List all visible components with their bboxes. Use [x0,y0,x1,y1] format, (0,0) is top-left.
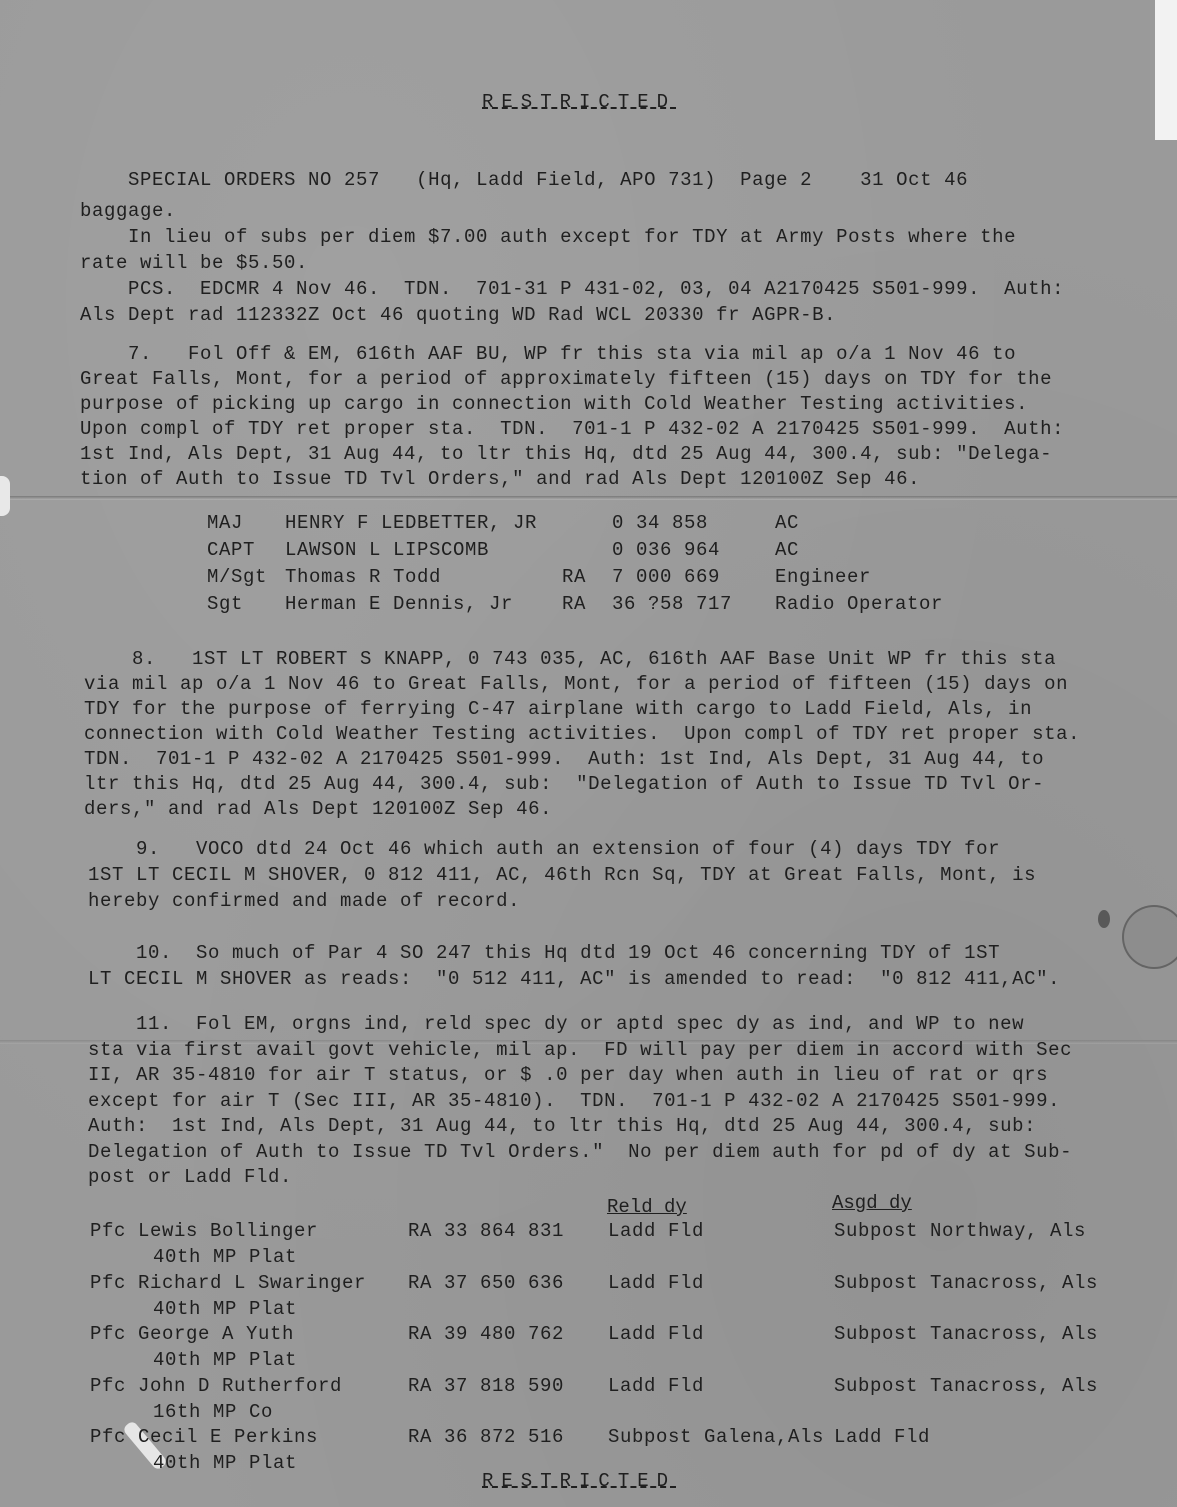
roster-name: Herman E Dennis, Jr [285,593,513,615]
text-line: tion of Auth to Issue TD Tvl Orders," an… [80,468,920,490]
text-line: rate will be $5.50. [80,252,308,274]
roster-asgd: Subpost Tanacross, Als [834,1323,1098,1345]
roster-rank: MAJ [207,512,243,534]
roster-rank: M/Sgt [207,566,267,588]
roster-reld: Ladd Fld [608,1323,704,1345]
page-number: Page 2 [740,169,812,191]
stain-mark [1122,905,1177,969]
text-line: Great Falls, Mont, for a period of appro… [80,368,1052,390]
text-line: 8. 1ST LT ROBERT S KNAPP, 0 743 035, AC,… [84,648,1056,670]
roster-name: LAWSON L LIPSCOMB [285,539,489,561]
classification-bottom: RESTRICTED [482,1470,676,1492]
roster-serial: 0 34 858 [612,512,708,534]
order-date: 31 Oct 46 [860,169,968,191]
classification-top: RESTRICTED [482,91,676,113]
text-line: ltr this Hq, dtd 25 Aug 44, 300.4, sub: … [84,773,1044,795]
text-line: 7. Fol Off & EM, 616th AAF BU, WP fr thi… [80,343,1016,365]
roster-prefix: RA [562,566,586,588]
roster-reld: Subpost Galena,Als [608,1426,824,1448]
text-line: II, AR 35-4810 for air T status, or $ .0… [88,1064,1048,1086]
roster-name: Pfc Lewis Bollinger [90,1220,318,1242]
roster-unit: 40th MP Plat [153,1349,297,1371]
text-line: 1st Ind, Als Dept, 31 Aug 44, to ltr thi… [80,443,1052,465]
roster-serial: 7 000 669 [612,566,720,588]
roster-rank: Sgt [207,593,243,615]
text-line: 9. VOCO dtd 24 Oct 46 which auth an exte… [88,838,1000,860]
text-line: post or Ladd Fld. [88,1166,292,1188]
page-edge [1155,0,1177,140]
roster-unit: 40th MP Plat [153,1298,297,1320]
roster-name: Pfc John D Rutherford [90,1375,342,1397]
text-line: baggage. [80,200,176,222]
roster-serial: RA 37 818 590 [408,1375,564,1397]
roster-unit: 16th MP Co [153,1401,273,1423]
paper-fold [0,496,1177,500]
text-line: hereby confirmed and made of record. [88,890,520,912]
roster-name: HENRY F LEDBETTER, JR [285,512,537,534]
text-line: TDN. 701-1 P 432-02 A 2170425 S501-999. … [84,748,1044,770]
roster-name: Pfc Cecil E Perkins [90,1426,318,1448]
roster-serial: RA 36 872 516 [408,1426,564,1448]
roster-asgd: Subpost Tanacross, Als [834,1272,1098,1294]
text-line: sta via first avail govt vehicle, mil ap… [88,1039,1072,1061]
roster-unit: 40th MP Plat [153,1246,297,1268]
text-line: except for air T (Sec III, AR 35-4810). … [88,1090,1060,1112]
roster-rank: CAPT [207,539,255,561]
text-line: Auth: 1st Ind, Als Dept, 31 Aug 44, to l… [88,1115,1036,1137]
order-heading: SPECIAL ORDERS NO 257 (Hq, Ladd Field, A… [80,147,968,213]
text-line: 10. So much of Par 4 SO 247 this Hq dtd … [88,942,1000,964]
column-header-reld: Reld dy [607,1196,687,1218]
roster-name: Pfc George A Yuth [90,1323,294,1345]
roster-name: Thomas R Todd [285,566,441,588]
roster-duty: AC [775,539,799,561]
text-line: ders," and rad Als Dept 120100Z Sep 46. [84,798,552,820]
roster-duty: Radio Operator [775,593,943,615]
text-line: connection with Cold Weather Testing act… [84,723,1080,745]
text-line: TDY for the purpose of ferrying C-47 air… [84,698,1032,720]
roster-serial: 0 036 964 [612,539,720,561]
roster-serial: RA 39 480 762 [408,1323,564,1345]
text-line: 11. Fol EM, orgns ind, reld spec dy or a… [88,1013,1024,1035]
text-line: In lieu of subs per diem $7.00 auth exce… [80,226,1016,248]
roster-serial: 36 ?58 717 [612,593,732,615]
text-line: Als Dept rad 112332Z Oct 46 quoting WD R… [80,304,836,326]
paper-tear [0,476,10,516]
roster-name: Pfc Richard L Swaringer [90,1272,366,1294]
text-line: 1ST LT CECIL M SHOVER, 0 812 411, AC, 46… [88,864,1036,886]
headquarters: (Hq, Ladd Field, APO 731) [416,169,716,191]
roster-serial: RA 33 864 831 [408,1220,564,1242]
roster-duty: Engineer [775,566,871,588]
text-line: Upon compl of TDY ret proper sta. TDN. 7… [80,418,1064,440]
roster-unit: 40th MP Plat [153,1452,297,1474]
text-line: via mil ap o/a 1 Nov 46 to Great Falls, … [84,673,1068,695]
roster-reld: Ladd Fld [608,1272,704,1294]
order-number: SPECIAL ORDERS NO 257 [128,169,380,191]
roster-asgd: Subpost Tanacross, Als [834,1375,1098,1397]
text-line: Delegation of Auth to Issue TD Tvl Order… [88,1141,1072,1163]
roster-asgd: Subpost Northway, Als [834,1220,1086,1242]
text-line: PCS. EDCMR 4 Nov 46. TDN. 701-31 P 431-0… [80,278,1064,300]
ink-blot [1098,910,1110,928]
roster-reld: Ladd Fld [608,1375,704,1397]
roster-serial: RA 37 650 636 [408,1272,564,1294]
document-page: RESTRICTED SPECIAL ORDERS NO 257 (Hq, La… [0,0,1177,1507]
text-line: LT CECIL M SHOVER as reads: "0 512 411, … [88,968,1060,990]
roster-duty: AC [775,512,799,534]
column-header-asgd: Asgd dy [832,1192,912,1214]
roster-asgd: Ladd Fld [834,1426,930,1448]
roster-reld: Ladd Fld [608,1220,704,1242]
roster-prefix: RA [562,593,586,615]
text-line: purpose of picking up cargo in connectio… [80,393,1028,415]
